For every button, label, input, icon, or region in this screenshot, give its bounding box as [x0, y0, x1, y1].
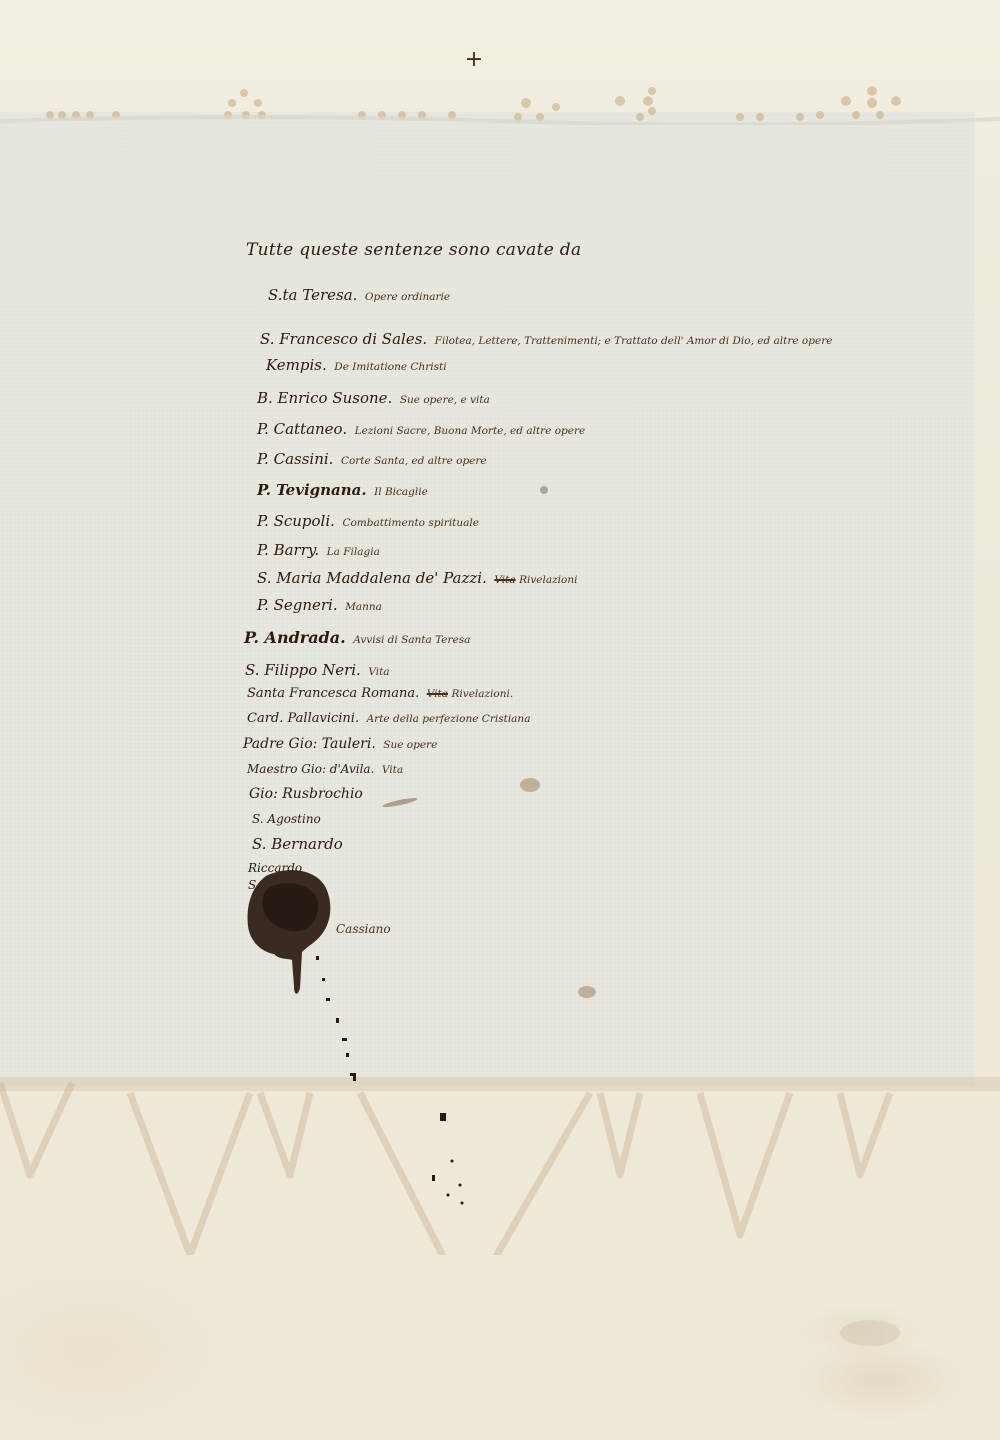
entry-davila: Maestro Gio: d'Avila. Vita — [247, 762, 403, 776]
entry-author: S. Maria Maddalena de' Pazzi. — [257, 569, 487, 587]
entry-andrada: P. Andrada. Avvisi di Santa Teresa — [244, 628, 470, 647]
entry-author: Padre Gio: Tauleri. — [243, 736, 376, 752]
entry-works: Combattimento spirituale — [342, 517, 479, 529]
entry-author: S. Francesco di Sales. — [260, 330, 427, 348]
entry-cassiano: Cassiano — [336, 922, 391, 936]
entry-works: Corte Santa, ed altre opere — [341, 455, 487, 467]
entry-author: S. Bernardo — [252, 835, 343, 853]
entry-works: Avvisi di Santa Teresa — [353, 634, 470, 646]
entry-author: P. Cassini. — [257, 450, 333, 468]
entry-susone: B. Enrico Susone. Sue opere, e vita — [257, 389, 490, 407]
entry-francesco-di-sales: S. Francesco di Sales. Filotea, Lettere,… — [260, 330, 832, 348]
entry-works: Arte della perfezione Cristiana — [367, 713, 531, 725]
entry-segneri: P. Segneri. Manna — [257, 596, 382, 614]
entry-works: Rivelazioni — [519, 574, 577, 586]
entry-works: Sue opere, e vita — [400, 394, 490, 406]
entry-works: Sue opere — [383, 739, 437, 751]
entry-scupoli: P. Scupoli. Combattimento spirituale — [257, 512, 479, 530]
entry-francesca-romana: Santa Francesca Romana. Vita Rivelazioni… — [247, 686, 513, 701]
entry-filippo-neri: S. Filippo Neri. Vita — [245, 661, 390, 679]
entry-works-struck: Vita — [427, 688, 448, 700]
entry-author: Kempis. — [266, 356, 327, 374]
entry-works: Opere ordinarie — [365, 291, 450, 303]
entry-author: P. Andrada. — [244, 628, 346, 647]
entry-works: Il Bicaglie — [374, 486, 428, 498]
entry-barry: P. Barry. La Filagia — [257, 541, 380, 559]
entry-author: S. Agostino — [252, 812, 321, 826]
entry-works: Rivelazioni. — [452, 688, 514, 700]
entry-tauleri: Padre Gio: Tauleri. Sue opere — [243, 736, 437, 752]
entry-author: Gio: Rusbrochio — [249, 786, 363, 802]
heading: Tutte queste sentenze sono cavate da — [246, 240, 581, 260]
entry-works-struck: Vita — [494, 574, 515, 586]
stain-spot — [520, 778, 540, 792]
entry-cattaneo: P. Cattaneo. Lezioni Sacre, Buona Morte,… — [257, 420, 585, 438]
entry-works: De Imitatione Christi — [334, 361, 446, 373]
entry-bernardo: S. Bernardo — [252, 835, 347, 853]
entry-author: P. Barry. — [257, 541, 319, 559]
entry-teresa: S.ta Teresa. Opere ordinarie — [268, 286, 450, 304]
entry-works: La Filagia — [327, 546, 380, 558]
entry-author: P. Tevignana. — [257, 481, 367, 499]
entry-pallavicini: Card. Pallavicini. Arte della perfezione… — [247, 711, 530, 726]
entry-author: P. Segneri. — [257, 596, 338, 614]
entry-works: Manna — [345, 601, 382, 613]
entry-works: Vita — [368, 666, 389, 678]
entry-rusbrochio: Gio: Rusbrochio — [249, 786, 367, 802]
stain-spot — [578, 986, 596, 998]
entry-works: Filotea, Lettere, Trattenimenti; e Tratt… — [435, 335, 833, 347]
entry-cassini: P. Cassini. Corte Santa, ed altre opere — [257, 450, 487, 468]
entry-author: S. Filippo Neri. — [245, 661, 361, 679]
ink-blot — [246, 868, 336, 978]
entry-maddalena-de-pazzi: S. Maria Maddalena de' Pazzi. Vita Rivel… — [257, 569, 577, 587]
stain-spot — [840, 1320, 900, 1346]
entry-tevignana: P. Tevignana. Il Bicaglie — [257, 481, 428, 499]
entry-agostino: S. Agostino — [252, 812, 325, 826]
entry-works: Vita — [382, 764, 403, 776]
stain-spot — [540, 486, 548, 494]
manuscript-text: Tutte queste sentenze sono cavate da S.t… — [0, 0, 1000, 1440]
entry-author: P. Scupoli. — [257, 512, 335, 530]
entry-author: Santa Francesca Romana. — [247, 686, 419, 701]
entry-author: Card. Pallavicini. — [247, 711, 359, 726]
entry-author: S.ta Teresa. — [268, 286, 357, 304]
entry-kempis: Kempis. De Imitatione Christi — [266, 356, 447, 374]
entry-works: Lezioni Sacre, Buona Morte, ed altre ope… — [355, 425, 586, 437]
entry-author: B. Enrico Susone. — [257, 389, 392, 407]
manuscript-page: + Tutte queste sentenze sono cavate da S… — [0, 0, 1000, 1440]
entry-author: Maestro Gio: d'Avila. — [247, 762, 374, 776]
entry-works: Cassiano — [336, 922, 391, 936]
entry-author: P. Cattaneo. — [257, 420, 347, 438]
